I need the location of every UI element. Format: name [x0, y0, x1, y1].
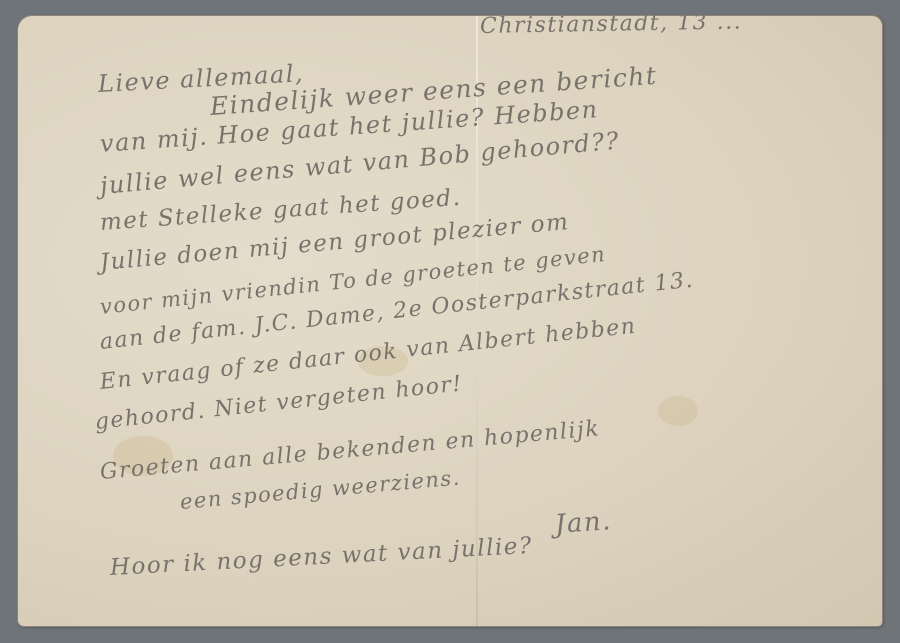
- place-date: Christianstadt, 13 ...: [480, 9, 743, 39]
- signature: Jan.: [554, 506, 613, 540]
- paper-stain: [658, 396, 698, 426]
